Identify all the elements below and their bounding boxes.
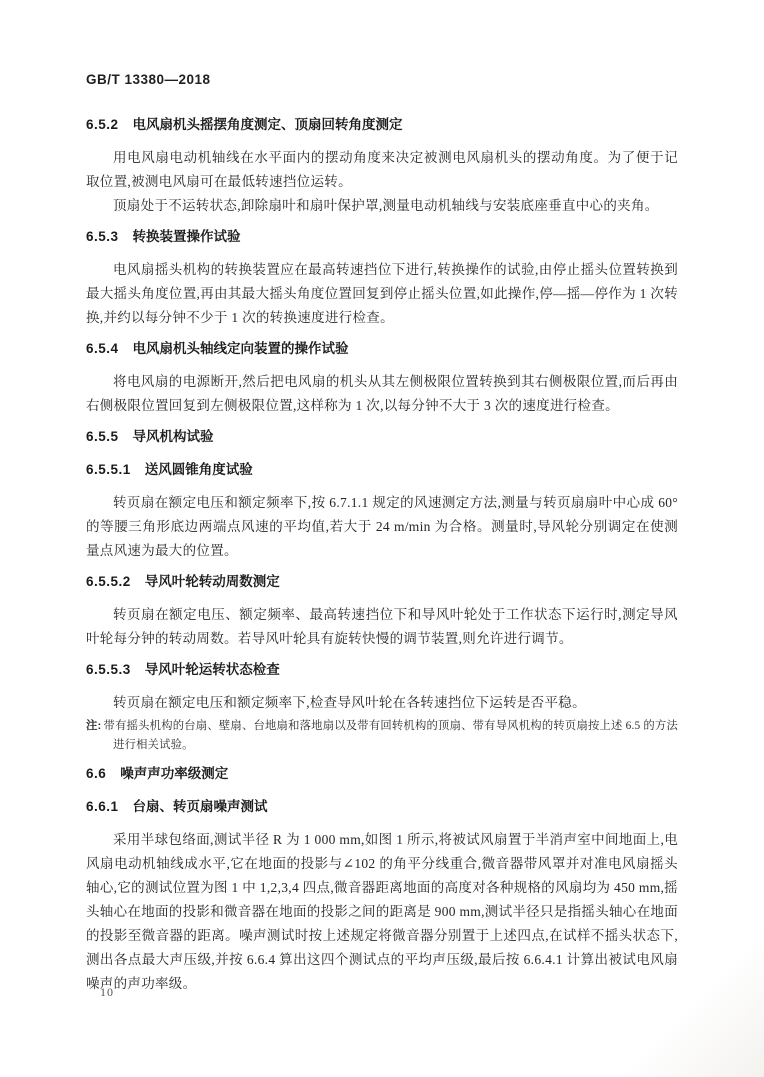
paragraph: 采用半球包络面,测试半径 R 为 1 000 mm,如图 1 所示,将被试风扇置… [86,828,678,996]
paragraph: 用电风扇电动机轴线在水平面内的摆动角度来决定被测电风扇机头的摆动角度。为了便于记… [86,146,678,194]
section-title: 导风叶轮转动周数测定 [145,574,280,589]
section-number: 6.5.5 [86,429,119,444]
section-title: 导风叶轮运转状态检查 [145,662,280,677]
document-content: GB/T 13380—2018 6.5.2电风扇机头摇摆角度测定、顶扇回转角度测… [86,72,678,996]
note: 注:带有摇头机构的台扇、壁扇、台地扇和落地扇以及带有回转机构的顶扇、带有导风机构… [86,717,678,755]
section-title: 台扇、转页扇噪声测试 [133,799,268,814]
section-title: 电风扇机头轴线定向装置的操作试验 [133,341,349,356]
section-number: 6.5.4 [86,341,119,356]
section-title: 噪声声功率级测定 [120,766,228,781]
section-number: 6.5.5.3 [86,662,131,677]
paragraph: 转页扇在额定电压和额定频率下,按 6.7.1.1 规定的风速测定方法,测量与转页… [86,491,678,563]
document-page: GB/T 13380—2018 6.5.2电风扇机头摇摆角度测定、顶扇回转角度测… [0,0,764,1077]
section-heading-6.6: 6.6噪声声功率级测定 [86,762,678,786]
note-label: 注: [86,720,102,732]
paragraph: 转页扇在额定电压、额定频率、最高转速挡位下和导风叶轮处于工作状态下运行时,测定导… [86,603,678,651]
section-heading-6.5.5.1: 6.5.5.1送风圆锥角度试验 [86,458,678,482]
section-number: 6.5.5.1 [86,462,131,477]
paragraph: 顶扇处于不运转状态,卸除扇叶和扇叶保护罩,测量电动机轴线与安装底座垂直中心的夹角… [86,194,678,218]
section-number: 6.6.1 [86,799,119,814]
standard-number-header: GB/T 13380—2018 [86,72,678,87]
page-number: 10 [100,985,114,1000]
paragraph: 将电风扇的电源断开,然后把电风扇的机头从其左侧极限位置转换到其右侧极限位置,而后… [86,370,678,418]
section-heading-6.5.5.3: 6.5.5.3导风叶轮运转状态检查 [86,658,678,682]
section-heading-6.5.3: 6.5.3转换装置操作试验 [86,225,678,249]
section-number: 6.5.2 [86,117,119,132]
section-title: 电风扇机头摇摆角度测定、顶扇回转角度测定 [133,117,403,132]
section-number: 6.6 [86,766,106,781]
section-heading-6.5.4: 6.5.4电风扇机头轴线定向装置的操作试验 [86,337,678,361]
section-heading-6.5.5: 6.5.5导风机构试验 [86,425,678,449]
document-body: 6.5.2电风扇机头摇摆角度测定、顶扇回转角度测定用电风扇电动机轴线在水平面内的… [86,113,678,996]
section-title: 导风机构试验 [133,429,214,444]
section-heading-6.6.1: 6.6.1台扇、转页扇噪声测试 [86,795,678,819]
section-number: 6.5.5.2 [86,574,131,589]
section-number: 6.5.3 [86,229,119,244]
section-title: 转换装置操作试验 [133,229,241,244]
section-heading-6.5.5.2: 6.5.5.2导风叶轮转动周数测定 [86,570,678,594]
section-heading-6.5.2: 6.5.2电风扇机头摇摆角度测定、顶扇回转角度测定 [86,113,678,137]
section-title: 送风圆锥角度试验 [145,462,253,477]
paragraph: 电风扇摇头机构的转换装置应在最高转速挡位下进行,转换操作的试验,由停止摇头位置转… [86,258,678,330]
paragraph: 转页扇在额定电压和额定频率下,检查导风叶轮在各转速挡位下运转是否平稳。 [86,691,678,715]
